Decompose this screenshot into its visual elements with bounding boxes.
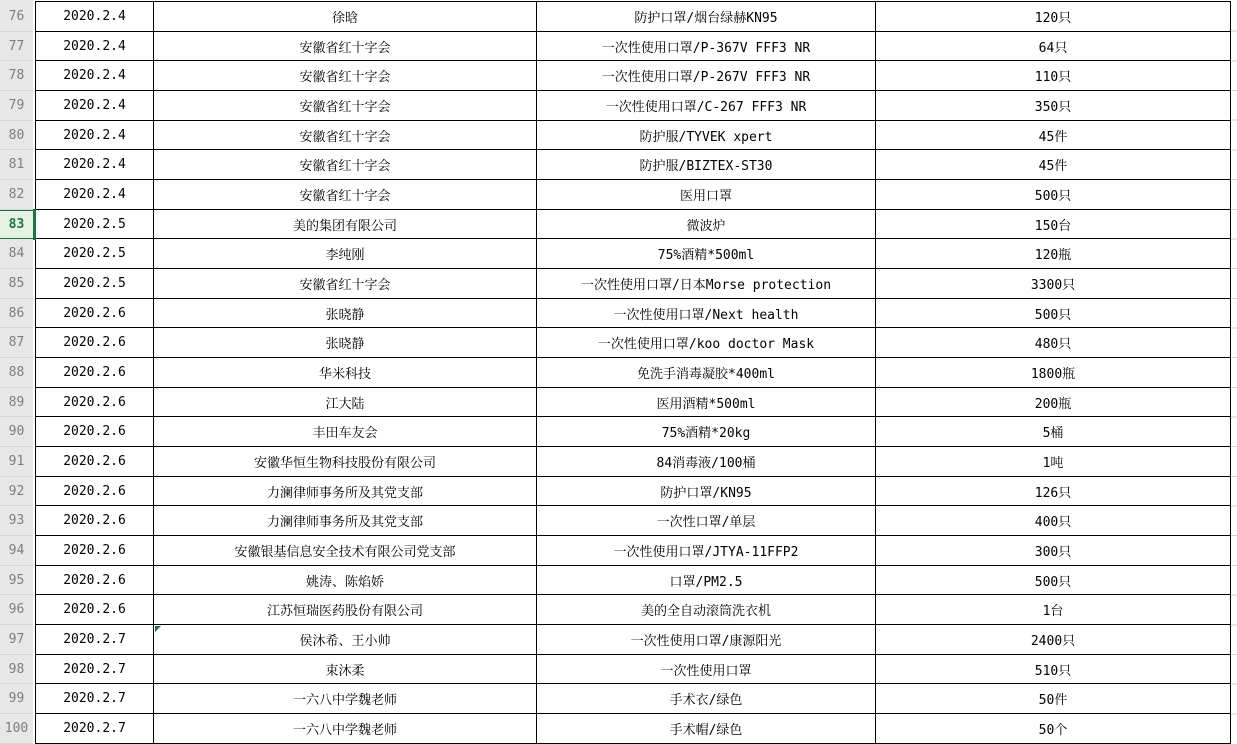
- cell-donor-text: 安徽省红十字会: [299, 278, 390, 293]
- cell-item-text: 口罩/PM2.5: [670, 575, 743, 590]
- row-header-79[interactable]: 79: [0, 91, 33, 121]
- cell-qty[interactable]: 120瓶: [876, 239, 1231, 269]
- cell-qty[interactable]: 350只: [876, 91, 1231, 121]
- cell-qty-text: 120只: [1035, 11, 1071, 26]
- row-header-91[interactable]: 91: [0, 447, 33, 477]
- cell-qty[interactable]: 50个: [876, 714, 1231, 744]
- cell-date-text: 2020.2.4: [63, 187, 126, 202]
- cell-date-text: 2020.2.4: [63, 39, 126, 54]
- cell-date-text: 2020.2.4: [63, 9, 126, 24]
- cell-qty[interactable]: 500只: [876, 298, 1231, 328]
- cell-item-text: 一次性使用口罩/Next health: [614, 308, 799, 323]
- cell-qty-text: 1台: [1043, 604, 1064, 619]
- cell-date[interactable]: 2020.2.7: [36, 714, 154, 744]
- cell-donor[interactable]: 力澜律师事务所及其党支部: [154, 476, 537, 506]
- cell-donor-text: 张晓静: [325, 337, 364, 352]
- cell-item[interactable]: 免洗手消毒凝胶*400ml: [537, 358, 876, 388]
- cell-donor[interactable]: 李纯刚: [154, 239, 537, 269]
- cell-qty-text: 400只: [1035, 515, 1071, 530]
- cell-qty[interactable]: 300只: [876, 536, 1231, 566]
- row-header-85[interactable]: 85: [0, 269, 33, 299]
- cell-item-text: 防护服/BIZTEX-ST30: [640, 159, 773, 174]
- cell-donor[interactable]: 安徽华恒生物科技股份有限公司: [154, 447, 537, 477]
- cell-item-text: 一次性使用口罩/P-267V FFF3 NR: [602, 70, 810, 85]
- cell-date[interactable]: 2020.2.6: [36, 387, 154, 417]
- row-header-96[interactable]: 96: [0, 595, 33, 625]
- cell-qty-text: 200瓶: [1035, 397, 1071, 412]
- cell-item-text: 免洗手消毒凝胶*400ml: [637, 367, 775, 382]
- cell-donor[interactable]: 侯沐希、王小帅: [154, 625, 537, 655]
- cell-donor[interactable]: 张晓静: [154, 298, 537, 328]
- row-header-90[interactable]: 90: [0, 417, 33, 447]
- cell-item[interactable]: 一次性使用口罩/P-267V FFF3 NR: [537, 61, 876, 91]
- cell-qty[interactable]: 120只: [876, 2, 1231, 32]
- cell-donor-text: 安徽省红十字会: [299, 130, 390, 145]
- row-header-78[interactable]: 78: [0, 61, 33, 91]
- cell-donor[interactable]: 安徽省红十字会: [154, 31, 537, 61]
- cell-qty[interactable]: 5桶: [876, 417, 1231, 447]
- cell-date-text: 2020.2.7: [63, 662, 126, 677]
- cell-donor-text: 力澜律师事务所及其党支部: [267, 515, 423, 530]
- cell-qty[interactable]: 50件: [876, 684, 1231, 714]
- cell-item[interactable]: 医用口罩: [537, 180, 876, 210]
- cell-date-text: 2020.2.6: [63, 335, 126, 350]
- cell-qty-text: 500只: [1035, 189, 1071, 204]
- cell-item[interactable]: 防护口罩/烟台绿赫KN95: [537, 2, 876, 32]
- row-header-column: 7677787980818283848586878889909192939495…: [0, 0, 33, 744]
- table-row: 2020.2.6丰田车友会75%酒精*20kg5桶: [36, 417, 1231, 447]
- cell-qty[interactable]: 110只: [876, 61, 1231, 91]
- cell-donor-text: 一六八中学魏老师: [293, 693, 397, 708]
- row-header-97[interactable]: 97: [0, 625, 33, 655]
- table-row: 2020.2.4安徽省红十字会防护服/BIZTEX-ST3045件: [36, 150, 1231, 180]
- cell-qty[interactable]: 45件: [876, 150, 1231, 180]
- table-row: 2020.2.5李纯刚75%酒精*500ml120瓶: [36, 239, 1231, 269]
- cell-qty-text: 120瓶: [1035, 248, 1071, 263]
- cell-item-text: 一次性使用口罩/JTYA-11FFP2: [614, 545, 799, 560]
- cell-donor-text: 安徽省红十字会: [299, 100, 390, 115]
- cell-item-text: 手术衣/绿色: [670, 693, 743, 708]
- cell-donor-text: 安徽省红十字会: [299, 70, 390, 85]
- cell-donor-text: 姚涛、陈焰娇: [306, 575, 384, 590]
- cell-item[interactable]: 75%酒精*20kg: [537, 417, 876, 447]
- cell-qty-text: 126只: [1035, 486, 1071, 501]
- cell-qty-text: 5桶: [1043, 426, 1064, 441]
- cell-date[interactable]: 2020.2.6: [36, 358, 154, 388]
- row-header-76[interactable]: 76: [0, 2, 33, 32]
- cell-qty[interactable]: 510只: [876, 654, 1231, 684]
- cell-qty-text: 300只: [1035, 545, 1071, 560]
- cell-date[interactable]: 2020.2.4: [36, 180, 154, 210]
- cell-date-text: 2020.2.6: [63, 573, 126, 588]
- row-header-87[interactable]: 87: [0, 328, 33, 358]
- cell-item-text: 微波炉: [686, 219, 725, 234]
- cell-qty[interactable]: 2400只: [876, 625, 1231, 655]
- row-header-95[interactable]: 95: [0, 566, 33, 596]
- cell-qty[interactable]: 500只: [876, 180, 1231, 210]
- table-row: 2020.2.6江苏恒瑞医药股份有限公司美的全自动滚筒洗衣机1台: [36, 595, 1231, 625]
- cell-qty[interactable]: 150台: [876, 209, 1231, 239]
- cell-donor[interactable]: 安徽省红十字会: [154, 120, 537, 150]
- cell-donor[interactable]: 安徽省红十字会: [154, 61, 537, 91]
- cell-donor-text: 安徽省红十字会: [299, 41, 390, 56]
- table-row: 2020.2.5美的集团有限公司微波炉150台: [36, 209, 1231, 239]
- table-row: 2020.2.4安徽省红十字会一次性使用口罩/P-267V FFF3 NR110…: [36, 61, 1231, 91]
- row-header-94[interactable]: 94: [0, 536, 33, 566]
- cell-item-text: 一次性使用口罩/P-367V FFF3 NR: [602, 41, 810, 56]
- cell-donor[interactable]: 华米科技: [154, 358, 537, 388]
- table-row: 2020.2.4安徽省红十字会医用口罩500只: [36, 180, 1231, 210]
- row-header-93[interactable]: 93: [0, 506, 33, 536]
- cell-donor[interactable]: 美的集团有限公司: [154, 209, 537, 239]
- cell-item-text: 手术帽/绿色: [670, 723, 743, 738]
- cell-item-text: 防护口罩/烟台绿赫KN95: [634, 11, 777, 26]
- cell-item-text: 防护口罩/KN95: [660, 486, 751, 501]
- row-header-84[interactable]: 84: [0, 239, 33, 269]
- cell-donor-text: 安徽银基信息安全技术有限公司党支部: [234, 545, 455, 560]
- cell-date-text: 2020.2.6: [63, 484, 126, 499]
- cell-qty-text: 350只: [1035, 100, 1071, 115]
- row-header-100[interactable]: 100: [0, 714, 33, 744]
- cell-item-text: 一次性使用口罩/日本Morse protection: [581, 278, 831, 293]
- table-row: 2020.2.6江大陆医用酒精*500ml200瓶: [36, 387, 1231, 417]
- cell-donor[interactable]: 一六八中学魏老师: [154, 684, 537, 714]
- cell-qty-text: 500只: [1035, 575, 1071, 590]
- cell-donor-text: 张晓静: [325, 308, 364, 323]
- error-check-triangle-icon: [155, 626, 161, 632]
- table-row: 2020.2.7侯沐希、王小帅一次性使用口罩/康源阳光2400只: [36, 625, 1231, 655]
- cell-item-text: 一次性使用口罩: [660, 664, 751, 679]
- cell-item[interactable]: 一次性使用口罩/P-367V FFF3 NR: [537, 31, 876, 61]
- gridline-stubs: [1231, 2, 1237, 743]
- cell-donor[interactable]: 江苏恒瑞医药股份有限公司: [154, 595, 537, 625]
- cell-item[interactable]: 一次性使用口罩/koo doctor Mask: [537, 328, 876, 358]
- cell-donor-text: 安徽省红十字会: [299, 189, 390, 204]
- table-row: 2020.2.6安徽华恒生物科技股份有限公司84消毒液/100桶1吨: [36, 447, 1231, 477]
- cell-qty-text: 2400只: [1031, 634, 1075, 649]
- cell-donor[interactable]: 束沐柔: [154, 654, 537, 684]
- row-header-82[interactable]: 82: [0, 180, 33, 210]
- cell-date[interactable]: 2020.2.5: [36, 209, 154, 239]
- cell-donor[interactable]: 安徽省红十字会: [154, 91, 537, 121]
- cell-item-text: 防护服/TYVEK xpert: [640, 130, 773, 145]
- cell-qty-text: 510只: [1035, 664, 1071, 679]
- cell-date-text: 2020.2.7: [63, 721, 126, 736]
- cell-item-text: 医用口罩: [680, 189, 732, 204]
- cell-date[interactable]: 2020.2.4: [36, 120, 154, 150]
- cell-item-text: 一次性使用口罩/康源阳光: [631, 634, 782, 649]
- cell-date[interactable]: 2020.2.4: [36, 61, 154, 91]
- cell-qty[interactable]: 3300只: [876, 269, 1231, 299]
- donation-table: 2020.2.4徐晗防护口罩/烟台绿赫KN95120只2020.2.4安徽省红十…: [35, 1, 1231, 744]
- cell-item[interactable]: 微波炉: [537, 209, 876, 239]
- cell-donor-text: 安徽省红十字会: [299, 159, 390, 174]
- cell-donor-text: 束沐柔: [325, 664, 364, 679]
- cell-item[interactable]: 84消毒液/100桶: [537, 447, 876, 477]
- cell-date[interactable]: 2020.2.6: [36, 447, 154, 477]
- cell-item-text: 75%酒精*500ml: [658, 248, 754, 263]
- cell-date[interactable]: 2020.2.5: [36, 239, 154, 269]
- cell-date-text: 2020.2.7: [63, 691, 126, 706]
- cell-donor-text: 力澜律师事务所及其党支部: [267, 486, 423, 501]
- cell-date-text: 2020.2.6: [63, 513, 126, 528]
- cell-date-text: 2020.2.4: [63, 68, 126, 83]
- table-row: 2020.2.4安徽省红十字会一次性使用口罩/C-267 FFF3 NR350只: [36, 91, 1231, 121]
- cell-donor[interactable]: 张晓静: [154, 328, 537, 358]
- cell-qty-text: 1800瓶: [1031, 367, 1075, 382]
- cell-date-text: 2020.2.5: [63, 246, 126, 261]
- table-row: 2020.2.7一六八中学魏老师手术衣/绿色50件: [36, 684, 1231, 714]
- cell-date[interactable]: 2020.2.6: [36, 298, 154, 328]
- cell-donor[interactable]: 安徽银基信息安全技术有限公司党支部: [154, 536, 537, 566]
- row-header-83[interactable]: 83: [0, 210, 33, 240]
- cell-qty-text: 500只: [1035, 308, 1071, 323]
- table-row: 2020.2.6张晓静一次性使用口罩/koo doctor Mask480只: [36, 328, 1231, 358]
- cell-donor-text: 美的集团有限公司: [293, 219, 397, 234]
- donation-table-body: 2020.2.4徐晗防护口罩/烟台绿赫KN95120只2020.2.4安徽省红十…: [36, 2, 1231, 744]
- row-header-88[interactable]: 88: [0, 358, 33, 388]
- cell-item-text: 一次性口罩/单层: [657, 515, 756, 530]
- cell-item[interactable]: 防护服/TYVEK xpert: [537, 120, 876, 150]
- cell-qty-text: 50件: [1039, 693, 1068, 708]
- table-row: 2020.2.7一六八中学魏老师手术帽/绿色50个: [36, 714, 1231, 744]
- cell-date[interactable]: 2020.2.7: [36, 654, 154, 684]
- table-row: 2020.2.6力澜律师事务所及其党支部一次性口罩/单层400只: [36, 506, 1231, 536]
- cell-qty-text: 3300只: [1031, 278, 1075, 293]
- cell-item[interactable]: 医用酒精*500ml: [537, 387, 876, 417]
- cell-item-text: 一次性使用口罩/koo doctor Mask: [598, 337, 814, 352]
- cell-donor-text: 李纯刚: [325, 248, 364, 263]
- cell-donor[interactable]: 安徽省红十字会: [154, 269, 537, 299]
- cell-date-text: 2020.2.4: [63, 157, 126, 172]
- cell-item[interactable]: 美的全自动滚筒洗衣机: [537, 595, 876, 625]
- cell-item[interactable]: 一次性使用口罩/JTYA-11FFP2: [537, 536, 876, 566]
- cell-date[interactable]: 2020.2.6: [36, 417, 154, 447]
- table-row: 2020.2.6姚涛、陈焰娇口罩/PM2.5500只: [36, 565, 1231, 595]
- cell-item[interactable]: 一次性使用口罩: [537, 654, 876, 684]
- cell-date-text: 2020.2.5: [63, 276, 126, 291]
- cell-donor-text: 丰田车友会: [312, 426, 377, 441]
- cell-donor[interactable]: 徐晗: [154, 2, 537, 32]
- cell-date[interactable]: 2020.2.6: [36, 506, 154, 536]
- cell-item[interactable]: 一次性使用口罩/Next health: [537, 298, 876, 328]
- row-header-89[interactable]: 89: [0, 388, 33, 418]
- table-row: 2020.2.6华米科技免洗手消毒凝胶*400ml1800瓶: [36, 358, 1231, 388]
- table-row: 2020.2.4安徽省红十字会一次性使用口罩/P-367V FFF3 NR64只: [36, 31, 1231, 61]
- cell-date[interactable]: 2020.2.5: [36, 269, 154, 299]
- row-header-99[interactable]: 99: [0, 684, 33, 714]
- table-row: 2020.2.6力澜律师事务所及其党支部防护口罩/KN95126只: [36, 476, 1231, 506]
- cell-qty-text: 480只: [1035, 337, 1071, 352]
- cell-qty[interactable]: 1台: [876, 595, 1231, 625]
- cell-item[interactable]: 防护服/BIZTEX-ST30: [537, 150, 876, 180]
- cell-donor-text: 华米科技: [319, 367, 371, 382]
- cell-item[interactable]: 75%酒精*500ml: [537, 239, 876, 269]
- cell-qty-text: 150台: [1035, 219, 1071, 234]
- cell-donor-text: 江苏恒瑞医药股份有限公司: [267, 604, 423, 619]
- cell-donor[interactable]: 一六八中学魏老师: [154, 714, 537, 744]
- cell-item-text: 75%酒精*20kg: [662, 426, 751, 441]
- row-header-92[interactable]: 92: [0, 477, 33, 507]
- cell-qty[interactable]: 500只: [876, 565, 1231, 595]
- cell-qty[interactable]: 126只: [876, 476, 1231, 506]
- cell-donor[interactable]: 力澜律师事务所及其党支部: [154, 506, 537, 536]
- cell-item[interactable]: 手术衣/绿色: [537, 684, 876, 714]
- cell-qty-text: 50个: [1039, 723, 1068, 738]
- cell-item-text: 84消毒液/100桶: [657, 456, 756, 471]
- cell-item[interactable]: 一次性使用口罩/日本Morse protection: [537, 269, 876, 299]
- table-row: 2020.2.6张晓静一次性使用口罩/Next health500只: [36, 298, 1231, 328]
- cell-item[interactable]: 防护口罩/KN95: [537, 476, 876, 506]
- table-row: 2020.2.5安徽省红十字会一次性使用口罩/日本Morse protectio…: [36, 269, 1231, 299]
- table-row: 2020.2.4安徽省红十字会防护服/TYVEK xpert45件: [36, 120, 1231, 150]
- row-header-86[interactable]: 86: [0, 299, 33, 329]
- cell-date[interactable]: 2020.2.4: [36, 31, 154, 61]
- row-header-77[interactable]: 77: [0, 32, 33, 62]
- cell-date-text: 2020.2.6: [63, 306, 126, 321]
- cell-date-text: 2020.2.4: [63, 98, 126, 113]
- cell-date[interactable]: 2020.2.7: [36, 684, 154, 714]
- cell-qty-text: 45件: [1039, 130, 1068, 145]
- cell-date[interactable]: 2020.2.6: [36, 536, 154, 566]
- cell-donor-text: 江大陆: [325, 397, 364, 412]
- table-row: 2020.2.7束沐柔一次性使用口罩510只: [36, 654, 1231, 684]
- cell-donor-text: 一六八中学魏老师: [293, 723, 397, 738]
- cell-date-text: 2020.2.4: [63, 128, 126, 143]
- cell-date[interactable]: 2020.2.6: [36, 595, 154, 625]
- cell-qty-text: 64只: [1039, 41, 1068, 56]
- cell-qty-text: 110只: [1035, 70, 1071, 85]
- cell-item[interactable]: 手术帽/绿色: [537, 714, 876, 744]
- cell-donor[interactable]: 安徽省红十字会: [154, 150, 537, 180]
- cell-date[interactable]: 2020.2.4: [36, 2, 154, 32]
- row-header-80[interactable]: 80: [0, 121, 33, 151]
- cell-donor-text: 安徽华恒生物科技股份有限公司: [254, 456, 436, 471]
- cell-item[interactable]: 一次性口罩/单层: [537, 506, 876, 536]
- cell-date[interactable]: 2020.2.4: [36, 150, 154, 180]
- cell-date[interactable]: 2020.2.4: [36, 91, 154, 121]
- cell-date-text: 2020.2.6: [63, 543, 126, 558]
- cell-item[interactable]: 一次性使用口罩/康源阳光: [537, 625, 876, 655]
- cell-date[interactable]: 2020.2.7: [36, 625, 154, 655]
- row-header-98[interactable]: 98: [0, 655, 33, 685]
- cell-date[interactable]: 2020.2.6: [36, 328, 154, 358]
- cell-donor-text: 侯沐希、王小帅: [299, 634, 390, 649]
- cell-qty-text: 1吨: [1043, 456, 1064, 471]
- cell-donor[interactable]: 江大陆: [154, 387, 537, 417]
- cell-date-text: 2020.2.6: [63, 454, 126, 469]
- cell-qty[interactable]: 480只: [876, 328, 1231, 358]
- cell-date-text: 2020.2.7: [63, 632, 126, 647]
- table-row: 2020.2.6安徽银基信息安全技术有限公司党支部一次性使用口罩/JTYA-11…: [36, 536, 1231, 566]
- cell-date-text: 2020.2.6: [63, 395, 126, 410]
- cell-qty[interactable]: 1800瓶: [876, 358, 1231, 388]
- cell-date[interactable]: 2020.2.6: [36, 476, 154, 506]
- cell-qty-text: 45件: [1039, 159, 1068, 174]
- active-cell-selection-bar: [33, 209, 36, 240]
- cell-donor[interactable]: 丰田车友会: [154, 417, 537, 447]
- cell-donor-text: 徐晗: [332, 11, 358, 26]
- cell-item-text: 一次性使用口罩/C-267 FFF3 NR: [606, 100, 807, 115]
- cell-item-text: 医用酒精*500ml: [657, 397, 756, 412]
- cell-donor[interactable]: 姚涛、陈焰娇: [154, 565, 537, 595]
- cell-qty[interactable]: 1吨: [876, 447, 1231, 477]
- cell-date-text: 2020.2.6: [63, 424, 126, 439]
- cell-qty[interactable]: 200瓶: [876, 387, 1231, 417]
- cell-qty[interactable]: 64只: [876, 31, 1231, 61]
- cell-qty[interactable]: 400只: [876, 506, 1231, 536]
- row-header-81[interactable]: 81: [0, 150, 33, 180]
- cell-qty[interactable]: 45件: [876, 120, 1231, 150]
- table-row: 2020.2.4徐晗防护口罩/烟台绿赫KN95120只: [36, 2, 1231, 32]
- cell-date-text: 2020.2.5: [63, 217, 126, 232]
- cell-item-text: 美的全自动滚筒洗衣机: [641, 604, 771, 619]
- cell-date-text: 2020.2.6: [63, 602, 126, 617]
- cell-date[interactable]: 2020.2.6: [36, 565, 154, 595]
- cell-item[interactable]: 一次性使用口罩/C-267 FFF3 NR: [537, 91, 876, 121]
- cell-item[interactable]: 口罩/PM2.5: [537, 565, 876, 595]
- cell-donor[interactable]: 安徽省红十字会: [154, 180, 537, 210]
- cell-date-text: 2020.2.6: [63, 365, 126, 380]
